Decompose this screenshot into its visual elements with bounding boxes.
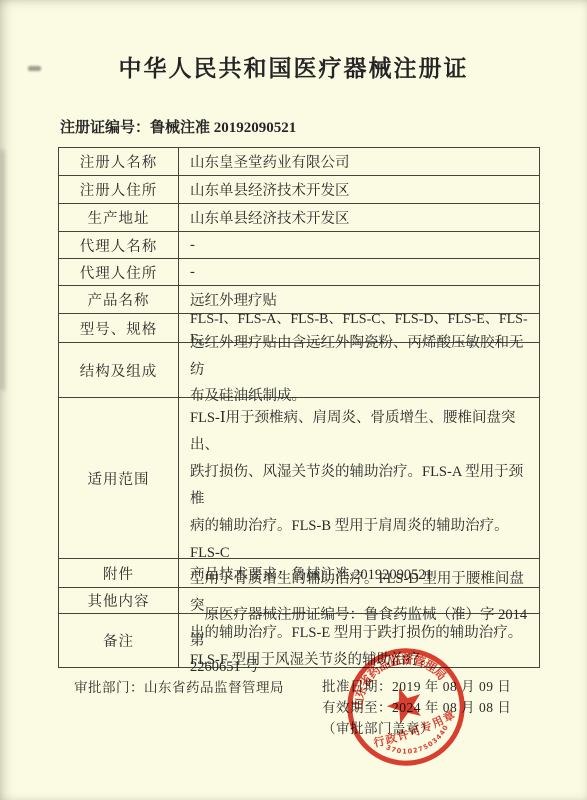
table-row: 备注 原医疗器械注册证编号：鲁食药监械（准）字 2014 第 2260651 号 <box>59 613 539 667</box>
approval-department: 审批部门：山东省药品监督管理局 <box>74 676 284 696</box>
row-label: 注册人住所 <box>59 176 179 203</box>
footer-dates: 批准日期：2019 年 08 月 09 日 有效期至：2024 年 08 月 0… <box>322 676 511 739</box>
row-value: - <box>179 259 539 285</box>
table-row: 结构及组成 远红外理疗贴由含远红外陶瓷粉、丙烯酸压敏胶和无纺 布及硅油纸制成。 <box>59 342 539 397</box>
table-row: 注册人住所 山东单县经济技术开发区 <box>59 175 539 203</box>
row-label: 附件 <box>59 559 179 587</box>
row-value: 远红外理疗贴由含远红外陶瓷粉、丙烯酸压敏胶和无纺 布及硅油纸制成。 <box>179 343 539 397</box>
row-value: 产品技术要求：鲁械注准 20192090521 <box>179 559 539 587</box>
table-row: 代理人名称 - <box>59 231 539 258</box>
valid-until-date: 有效期至：2024 年 08 月 08 日 <box>322 697 511 718</box>
table-row: 附件 产品技术要求：鲁械注准 20192090521 <box>59 558 539 587</box>
row-value: 山东单县经济技术开发区 <box>179 204 539 231</box>
certificate-number: 注册证编号：鲁械注准 20192090521 <box>60 116 296 137</box>
table-row: 适用范围 FLS-Ⅰ用于颈椎病、肩周炎、骨质增生、腰椎间盘突出、 跌打损伤、风湿… <box>59 397 539 558</box>
page-title: 中华人民共和国医疗器械注册证 <box>0 50 587 83</box>
row-value: 山东皇圣堂药业有限公司 <box>179 148 539 175</box>
row-label: 注册人名称 <box>59 148 179 175</box>
approve-date: 批准日期：2019 年 08 月 09 日 <box>322 676 511 697</box>
row-label: 代理人住所 <box>59 259 179 285</box>
row-value: 原医疗器械注册证编号：鲁食药监械（准）字 2014 第 2260651 号 <box>179 614 539 667</box>
row-label: 适用范围 <box>59 398 179 558</box>
table-row: 生产地址 山东单县经济技术开发区 <box>59 203 539 231</box>
seal-note: （审批部门盖章） <box>322 718 511 739</box>
scan-artifact <box>0 150 5 390</box>
row-label: 产品名称 <box>59 286 179 313</box>
row-label: 备注 <box>59 614 179 667</box>
row-value: - <box>179 232 539 258</box>
row-label: 结构及组成 <box>59 343 179 397</box>
row-value: 山东单县经济技术开发区 <box>179 176 539 203</box>
certificate-table: 注册人名称 山东皇圣堂药业有限公司 注册人住所 山东单县经济技术开发区 生产地址… <box>58 147 540 668</box>
certificate-page: 中华人民共和国医疗器械注册证 注册证编号：鲁械注准 20192090521 注册… <box>0 0 587 800</box>
table-row: 注册人名称 山东皇圣堂药业有限公司 <box>59 148 539 175</box>
row-label: 代理人名称 <box>59 232 179 258</box>
row-label: 型号、规格 <box>59 314 179 342</box>
row-label: 生产地址 <box>59 204 179 231</box>
table-row: 代理人住所 - <box>59 258 539 285</box>
row-value: FLS-Ⅰ用于颈椎病、肩周炎、骨质增生、腰椎间盘突出、 跌打损伤、风湿关节炎的辅… <box>179 398 539 558</box>
row-label: 其他内容 <box>59 588 179 613</box>
